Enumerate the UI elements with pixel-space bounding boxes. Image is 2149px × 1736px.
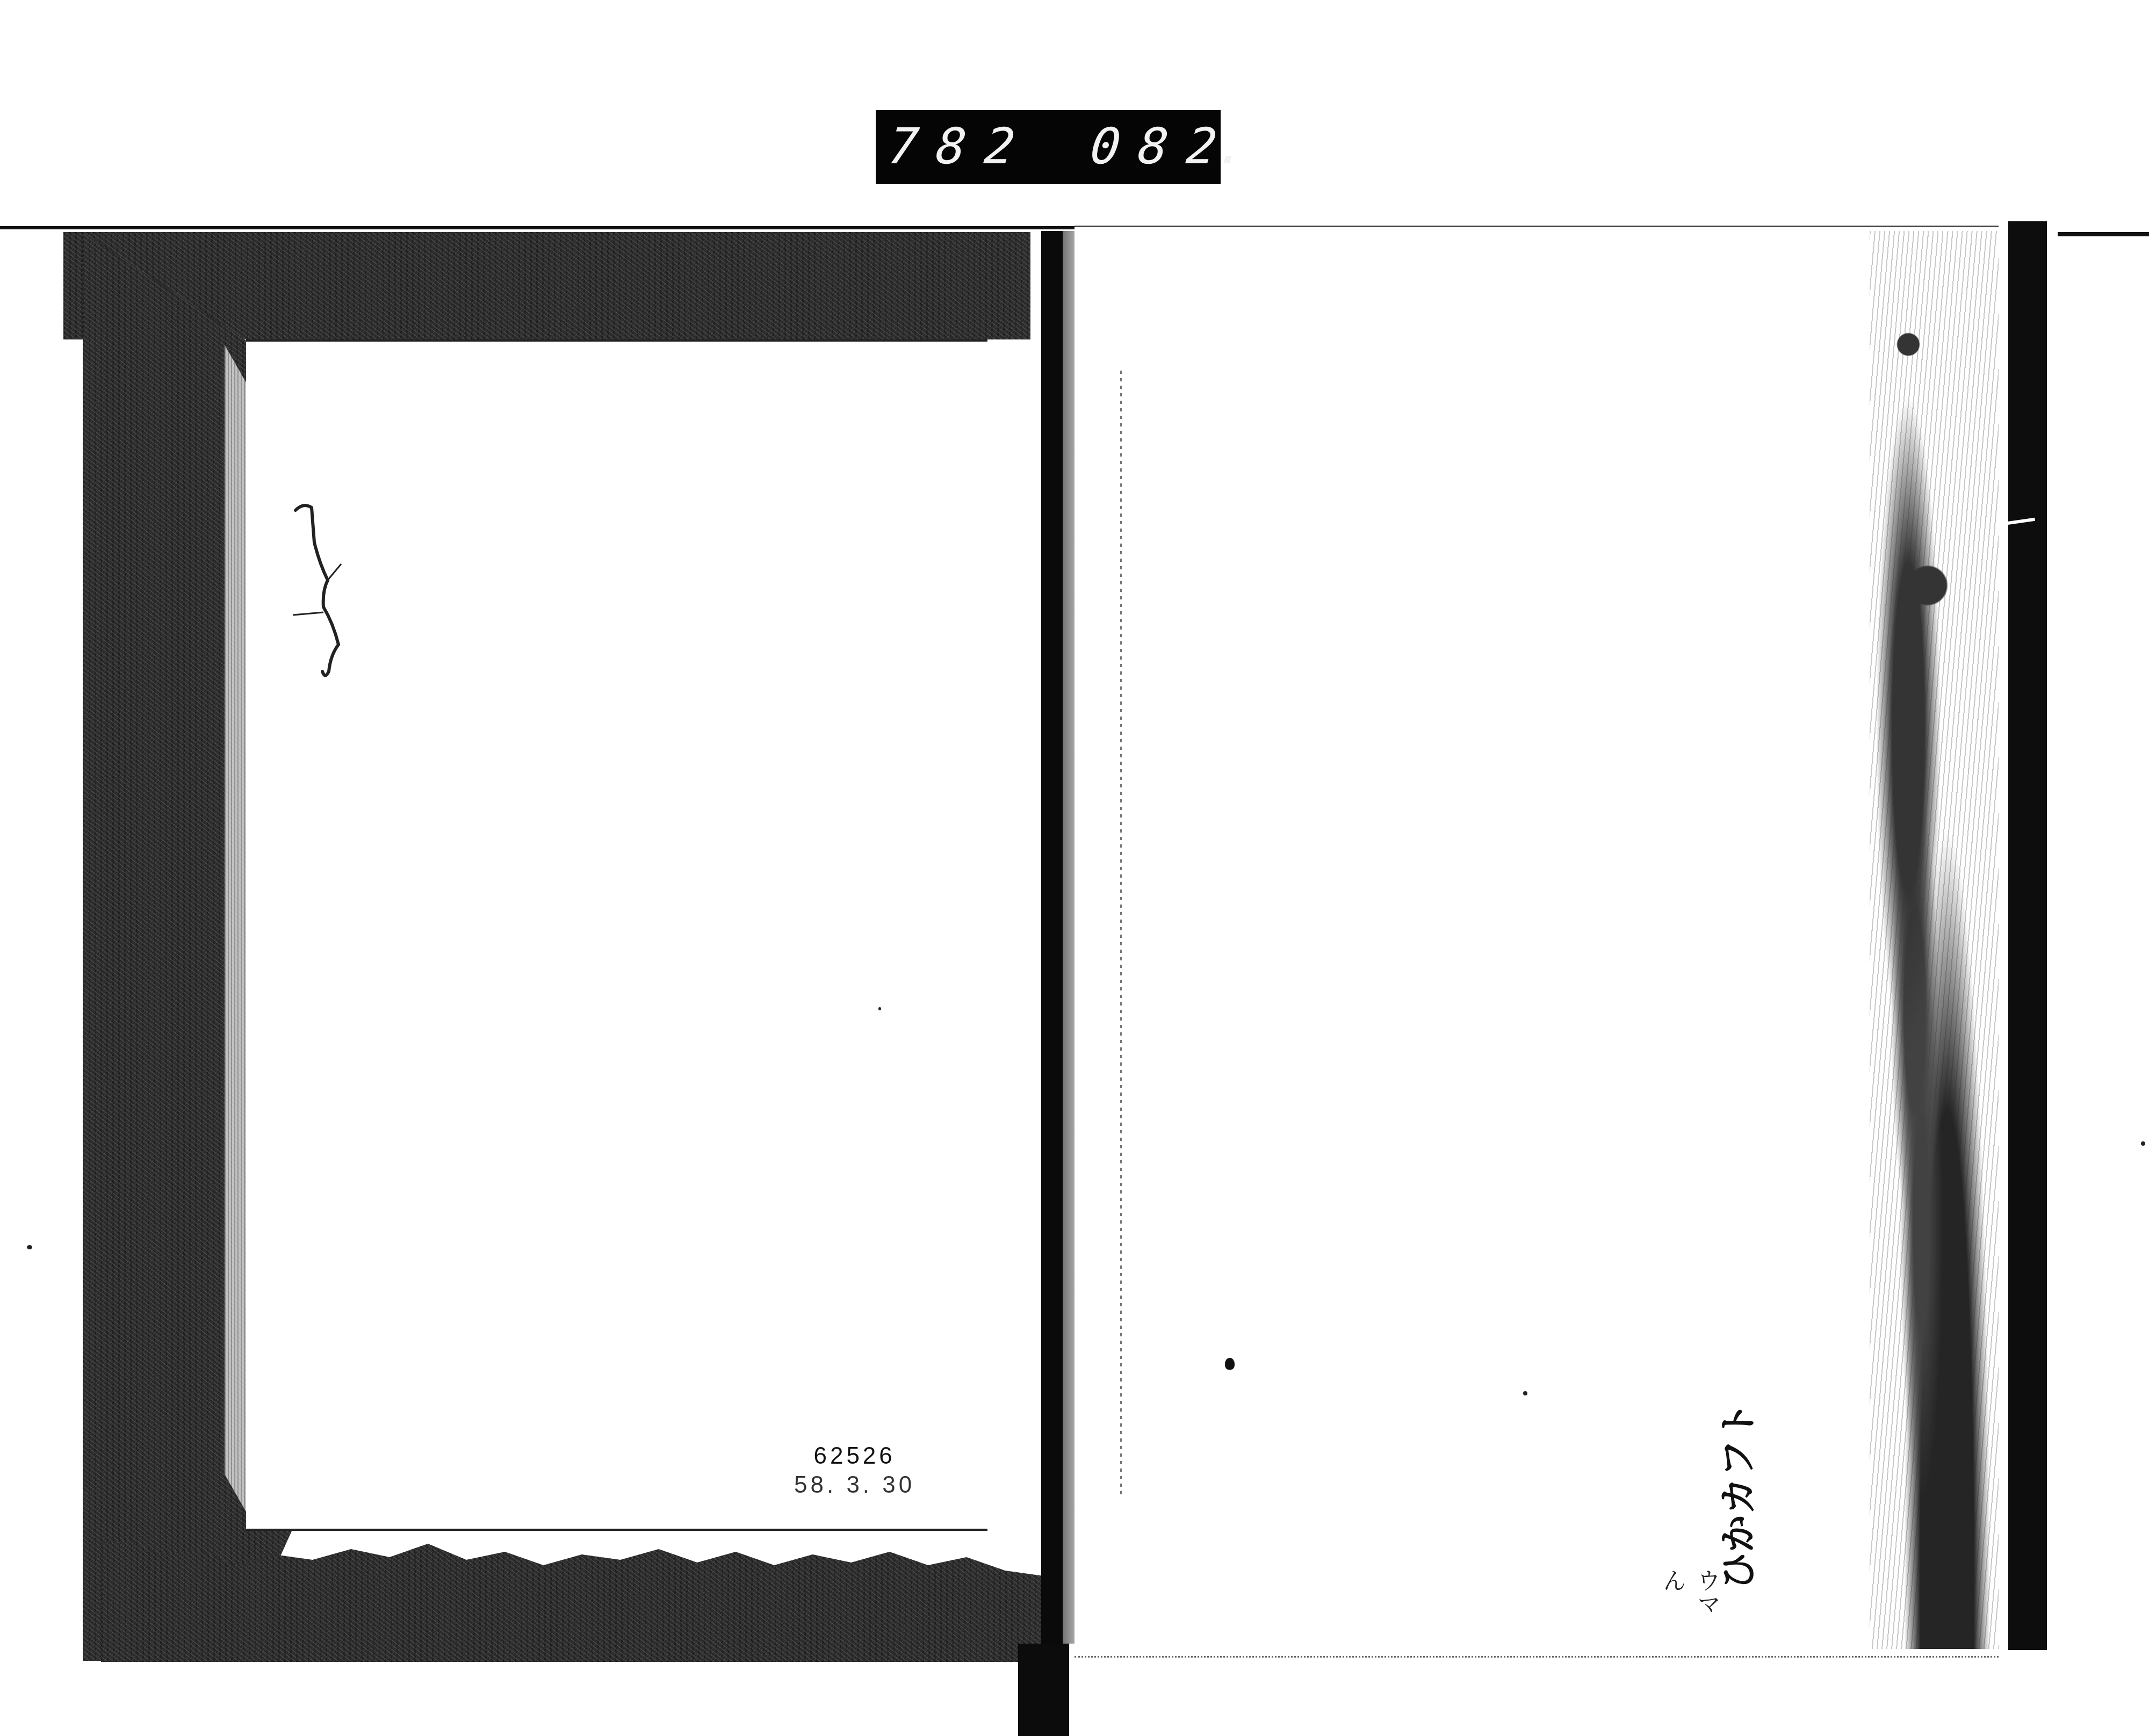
book-spine [1041,231,1063,1736]
counter-digit: 2. [1184,122,1249,171]
ink-spot [1225,1358,1235,1370]
endpaper-left [246,339,987,1531]
counter-digit: 0 [1088,122,1123,171]
accession-date: 58. 3. 30 [794,1471,915,1500]
scan-rule-line [0,226,1074,229]
scan-speck [1523,1391,1527,1395]
handwritten-main: ひかカフト [1708,1402,1763,1590]
frame-counter-left: 7 8 2 [889,122,1014,171]
handwritten-annotation: ウマん ひかカフト [1644,1568,1891,1633]
frame-counter-right: 0 8 2. [1091,122,1246,171]
right-page-rule [1120,371,1122,1499]
spine-bottom-strip [1018,1644,1069,1736]
squiggle-artifact-icon [290,500,349,682]
scan-speck [878,1007,881,1010]
counter-digit: 8 [1136,122,1171,171]
scan-rule-line [2058,232,2149,236]
counter-digit: 7 [886,122,921,171]
accession-number: 62526 [794,1442,915,1471]
scan-speck [2141,1141,2145,1146]
right-edge-stain [1870,231,1999,1649]
scan-speck [27,1245,32,1249]
fore-edge [2008,221,2047,1650]
counter-digit: 2 [982,122,1017,171]
accession-stamp: 62526 58. 3. 30 [794,1442,915,1500]
counter-digit: 8 [934,122,969,171]
frame-counter: 7 8 2 0 8 2. [876,110,1221,184]
right-endpaper [1074,226,1999,1658]
